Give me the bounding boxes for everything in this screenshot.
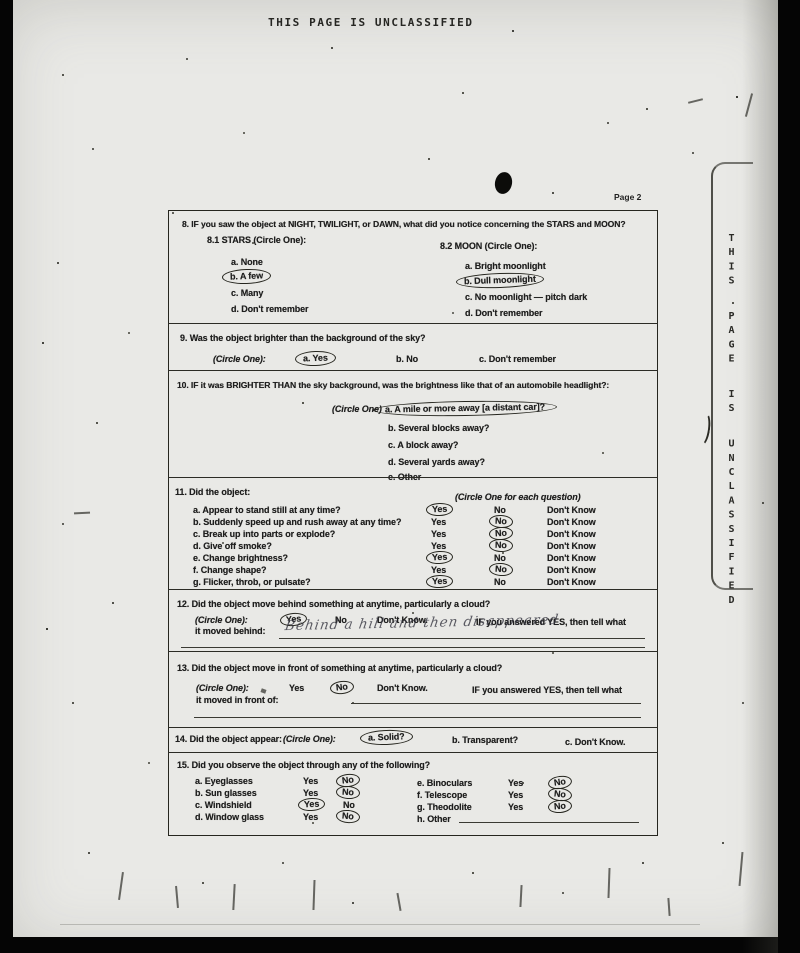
- divider: [168, 477, 658, 478]
- option-8-1-b-circled: b. A few: [222, 268, 272, 285]
- option-14-a-circled: a. Solid?: [360, 729, 413, 746]
- q15-d-label: d. Window glass: [195, 812, 264, 822]
- q11-row-b-yes: Yes: [431, 517, 446, 527]
- paper-crease-mark: [695, 411, 713, 446]
- question-10-text: 10. IF it was BRIGHTER THAN the sky back…: [177, 380, 609, 390]
- question-8-2-heading: 8.2 MOON (Circle One):: [440, 241, 537, 251]
- scratch: [232, 884, 235, 910]
- q11-row-f-no-circled: No: [489, 562, 514, 577]
- q15-e-yes: Yes: [508, 778, 523, 788]
- option-8-1-d: d. Don't remember: [231, 304, 308, 314]
- scratch: [667, 898, 670, 916]
- scanned-document-page: THIS PAGE IS UNCLASSIFIED Page 2 THIS PA…: [0, 0, 800, 953]
- question-13-text: 13. Did the object move in front of some…: [177, 663, 502, 673]
- q11-row-b-label: b. Suddenly speed up and rush away at an…: [193, 517, 401, 527]
- scratch: [312, 880, 315, 910]
- question-8-1-heading: 8.1 STARS (Circle One):: [207, 235, 306, 245]
- q13-no-circled: No: [329, 680, 354, 695]
- q13-yes: Yes: [289, 683, 304, 693]
- q11-row-d-label: d. Give off smoke?: [193, 541, 272, 551]
- q11-row-c-yes: Yes: [431, 529, 446, 539]
- question-13-circle-label: (Circle One):: [196, 683, 249, 693]
- q15-d-no-circled: No: [335, 809, 360, 824]
- divider: [168, 370, 658, 371]
- question-8-text: 8. IF you saw the object at NIGHT, TWILI…: [182, 219, 626, 229]
- q11-row-g-yes-circled: Yes: [426, 575, 454, 589]
- page-number: Page 2: [614, 192, 641, 202]
- q15-g-yes: Yes: [508, 802, 523, 812]
- q11-row-b-dk: Don't Know: [547, 517, 596, 527]
- option-10-b: b. Several blocks away?: [388, 423, 489, 433]
- question-11-circle-label: (Circle One for each question): [455, 492, 581, 502]
- q11-row-f-dk: Don't Know: [547, 565, 596, 575]
- ink-speck: [260, 688, 266, 693]
- q11-row-c-label: c. Break up into parts or explode?: [193, 529, 335, 539]
- q15-b-yes: Yes: [303, 788, 318, 798]
- question-11-text: 11. Did the object:: [175, 487, 250, 497]
- option-9-a-circled: a. Yes: [295, 350, 336, 366]
- option-9-b: b. No: [396, 354, 418, 364]
- scratch: [118, 872, 123, 900]
- scratch: [60, 924, 700, 925]
- q11-row-a-dk: Don't Know: [547, 505, 596, 515]
- fill-in-line: [181, 647, 645, 648]
- q15-a-label: a. Eyeglasses: [195, 776, 253, 786]
- question-15-text: 15. Did you observe the object through a…: [177, 760, 430, 770]
- q11-row-e-no: No: [494, 553, 506, 563]
- q15-a-yes: Yes: [303, 776, 318, 786]
- q11-row-g-label: g. Flicker, throb, or pulsate?: [193, 577, 311, 587]
- option-8-2-a: a. Bright moonlight: [465, 261, 546, 271]
- scratch: [74, 512, 90, 514]
- q11-row-a-yes-circled: Yes: [426, 503, 454, 517]
- q12-handwritten-answer: Behind a hill and then disappeared: [284, 612, 560, 634]
- side-classification-banner: THIS PAGE IS UNCLASSIFIED: [726, 233, 737, 609]
- divider: [168, 752, 658, 753]
- q15-g-label: g. Theodolite: [417, 802, 472, 812]
- q11-row-f-label: f. Change shape?: [193, 565, 266, 575]
- scan-edge-right: [778, 0, 800, 953]
- q13-prompt: it moved in front of:: [196, 695, 278, 705]
- option-8-2-c: c. No moonlight — pitch dark: [465, 292, 587, 302]
- q15-e-label: e. Binoculars: [417, 778, 472, 788]
- option-8-1-a: a. None: [231, 257, 263, 267]
- q12-prompt: it moved behind:: [195, 626, 265, 636]
- fill-in-line: [351, 703, 641, 704]
- top-classification-banner: THIS PAGE IS UNCLASSIFIED: [268, 16, 474, 29]
- q11-row-e-label: e. Change brightness?: [193, 553, 288, 563]
- divider: [168, 727, 658, 728]
- fill-in-line: [459, 822, 639, 823]
- q11-row-d-no-circled: No: [489, 539, 513, 553]
- q11-row-c-dk: Don't Know: [547, 529, 596, 539]
- question-9-text: 9. Was the object brighter than the back…: [180, 333, 425, 343]
- ink-blot: [493, 170, 514, 195]
- q15-b-label: b. Sun glasses: [195, 788, 257, 798]
- q15-d-yes: Yes: [303, 812, 318, 822]
- q11-row-a-no: No: [494, 505, 506, 515]
- scratch: [519, 885, 522, 907]
- divider: [168, 589, 658, 590]
- option-8-2-d: d. Don't remember: [465, 308, 542, 318]
- fill-in-line: [279, 638, 645, 639]
- scratch: [607, 868, 610, 898]
- q15-c-label: c. Windshield: [195, 800, 252, 810]
- scratch: [175, 886, 178, 908]
- q15-b-no-circled: No: [336, 785, 361, 800]
- scan-edge-left: [0, 0, 13, 953]
- q15-f-yes: Yes: [508, 790, 523, 800]
- option-10-c: c. A block away?: [388, 440, 458, 450]
- option-14-c: c. Don't Know.: [565, 737, 625, 747]
- q11-row-g-no: No: [494, 577, 506, 587]
- option-8-1-c: c. Many: [231, 288, 263, 298]
- option-10-a-circled: a. A mile or more away [a distant car]?: [373, 399, 557, 417]
- q15-g-no-circled: No: [547, 799, 572, 814]
- q11-row-e-dk: Don't Know: [547, 553, 596, 563]
- divider: [168, 651, 658, 652]
- option-8-2-b-circled: b. Dull moonlight: [456, 271, 544, 289]
- q11-row-e-yes-circled: Yes: [426, 550, 454, 564]
- fill-in-line: [194, 717, 641, 718]
- q13-note: IF you answered YES, then tell what: [472, 685, 622, 695]
- divider: [168, 323, 658, 324]
- scratch: [396, 893, 401, 911]
- question-12-circle-label: (Circle One):: [195, 615, 248, 625]
- question-14-circle-label: (Circle One):: [283, 734, 336, 744]
- q15-c-yes-circled: Yes: [298, 797, 326, 811]
- question-12-text: 12. Did the object move behind something…: [177, 599, 490, 609]
- q11-row-d-dk: Don't Know: [547, 541, 596, 551]
- q11-row-a-label: a. Appear to stand still at any time?: [193, 505, 341, 515]
- q15-h-label: h. Other: [417, 814, 451, 824]
- q15-f-label: f. Telescope: [417, 790, 467, 800]
- option-10-d: d. Several yards away?: [388, 457, 485, 467]
- question-9-circle-label: (Circle One):: [213, 354, 266, 364]
- q11-row-f-yes: Yes: [431, 565, 446, 575]
- scratch: [688, 98, 703, 104]
- option-14-b: b. Transparent?: [452, 735, 518, 745]
- q15-c-no: No: [343, 800, 355, 810]
- q11-row-g-dk: Don't Know: [547, 577, 596, 587]
- scan-edge-bottom: [0, 937, 800, 953]
- option-9-c: c. Don't remember: [479, 354, 556, 364]
- q13-dk: Don't Know.: [377, 683, 428, 693]
- q11-row-d-yes: Yes: [431, 541, 446, 551]
- question-14-text: 14. Did the object appear:: [175, 734, 282, 744]
- questionnaire-form: 8. IF you saw the object at NIGHT, TWILI…: [168, 210, 658, 836]
